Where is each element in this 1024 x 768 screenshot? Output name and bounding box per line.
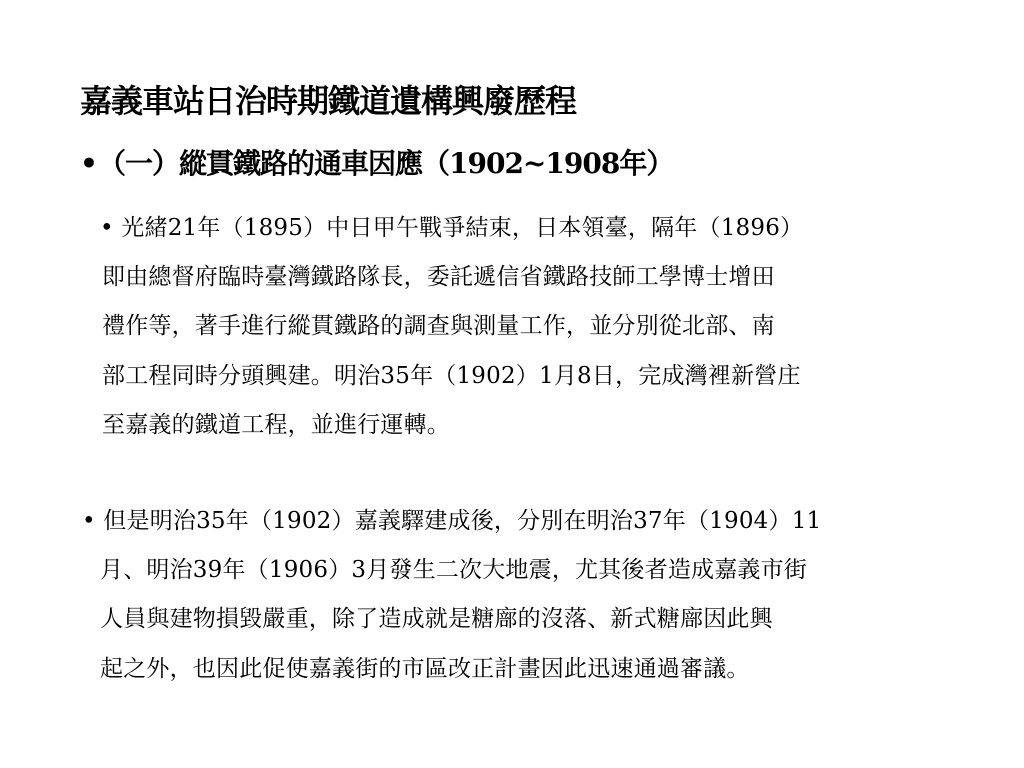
paragraph-line: 即由總督府臨時臺灣鐵路隊長，委託遞信省鐵路技師工學博士增田 xyxy=(100,253,803,302)
bullet-icon: • xyxy=(100,215,114,241)
paragraph-1: • 光緒21年（1895）中日甲午戰爭結束，日本領臺，隔年（1896） 即由總督… xyxy=(100,204,803,450)
paragraph-line: 至嘉義的鐵道工程，並進行運轉。 xyxy=(100,401,803,450)
paragraph-2: • 但是明治35年（1902）嘉義驛建成後，分別在明治37年（1904）11 月… xyxy=(82,497,821,694)
paragraph-line: • 但是明治35年（1902）嘉義驛建成後，分別在明治37年（1904）11 xyxy=(82,497,821,546)
paragraph-line: • 光緒21年（1895）中日甲午戰爭結束，日本領臺，隔年（1896） xyxy=(100,204,803,253)
paragraph-line: 起之外，也因此促使嘉義街的市區改正計畫因此迅速通過審議。 xyxy=(82,645,821,694)
bullet-icon: • xyxy=(82,508,96,534)
bullet-icon: • xyxy=(80,147,98,180)
section-heading-text: （一）縱貫鐵路的通車因應（1902~1908年） xyxy=(98,147,673,180)
paragraph-line: 月、明治39年（1906）3月發生二次大地震，尤其後者造成嘉義市街 xyxy=(82,546,821,595)
paragraph-line: 禮作等，著手進行縱貫鐵路的調查與測量工作，並分別從北部、南 xyxy=(100,302,803,351)
section-heading: •（一）縱貫鐵路的通車因應（1902~1908年） xyxy=(80,142,673,182)
paragraph-line: 人員與建物損毀嚴重，除了造成就是糖廍的沒落、新式糖廍因此興 xyxy=(82,595,821,644)
slide-title: 嘉義車站日治時期鐵道遺構興廢歷程 xyxy=(80,76,576,122)
paragraph-line: 部工程同時分頭興建。明治35年（1902）1月8日，完成灣裡新營庄 xyxy=(100,352,803,401)
